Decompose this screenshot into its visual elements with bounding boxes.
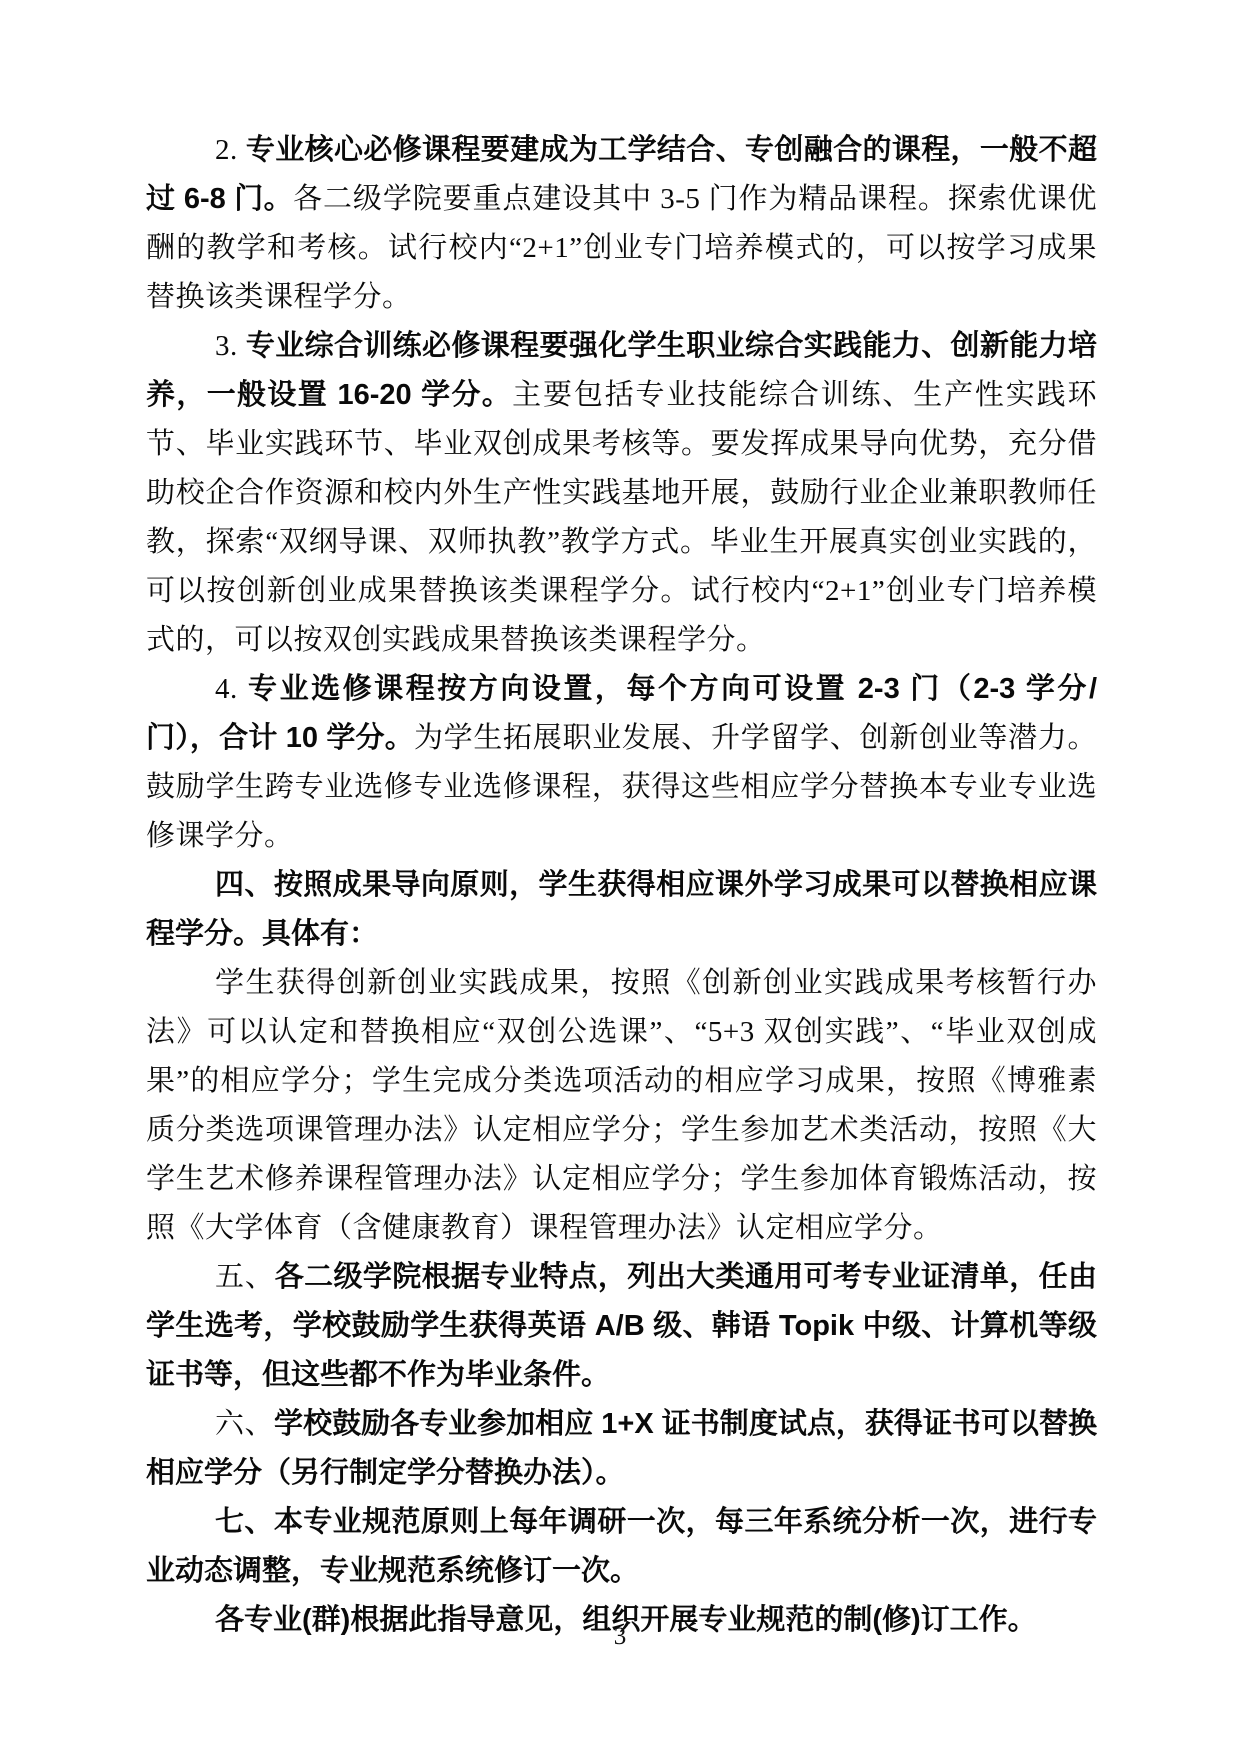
text-run: 3. <box>215 330 246 362</box>
bold-text-run: 学校鼓励各专业参加相应 1+X 证书制度试点，获得证书可以替换相应学分（另行制定… <box>146 1408 1097 1489</box>
bold-text-run: 四、按照成果导向原则，学生获得相应课外学习成果可以替换相应课程学分。具体有： <box>146 869 1097 950</box>
paragraph: 四、按照成果导向原则，学生获得相应课外学习成果可以替换相应课程学分。具体有： <box>146 861 1097 959</box>
text-run: 学生获得创新创业实践成果，按照《创新创业实践成果考核暂行办法》可以认定和替换相应… <box>146 967 1097 1244</box>
paragraph: 学生获得创新创业实践成果，按照《创新创业实践成果考核暂行办法》可以认定和替换相应… <box>146 959 1097 1253</box>
page-number: 3 <box>614 1623 627 1650</box>
paragraph: 3. 专业综合训练必修课程要强化学生职业综合实践能力、创新能力培养，一般设置 1… <box>146 322 1097 665</box>
bold-text-run: 各二级学院根据专业特点，列出大类通用可考专业证清单，任由学生选考，学校鼓励学生获… <box>146 1261 1097 1391</box>
text-run: 4. <box>215 673 248 705</box>
paragraph: 2. 专业核心必修课程要建成为工学结合、专创融合的课程，一般不超过 6-8 门。… <box>146 126 1097 322</box>
document-body: 2. 专业核心必修课程要建成为工学结合、专创融合的课程，一般不超过 6-8 门。… <box>146 126 1097 1645</box>
text-run: 六、 <box>215 1408 274 1440</box>
bold-text-run: 七、本专业规范原则上每年调研一次，每三年系统分析一次，进行专业动态调整，专业规范… <box>146 1506 1097 1587</box>
paragraph: 五、各二级学院根据专业特点，列出大类通用可考专业证清单，任由学生选考，学校鼓励学… <box>146 1253 1097 1400</box>
text-run: 五、 <box>215 1261 275 1293</box>
text-run: 主要包括专业技能综合训练、生产性实践环节、毕业实践环节、毕业双创成果考核等。要发… <box>146 379 1097 656</box>
document-page: 2. 专业核心必修课程要建成为工学结合、专创融合的课程，一般不超过 6-8 门。… <box>0 0 1240 1754</box>
page-footer: 3 <box>0 1622 1240 1652</box>
text-run: 2. <box>215 134 246 166</box>
paragraph: 六、学校鼓励各专业参加相应 1+X 证书制度试点，获得证书可以替换相应学分（另行… <box>146 1400 1097 1498</box>
paragraph: 七、本专业规范原则上每年调研一次，每三年系统分析一次，进行专业动态调整，专业规范… <box>146 1498 1097 1596</box>
paragraph: 4. 专业选修课程按方向设置，每个方向可设置 2-3 门（2-3 学分/门），合… <box>146 665 1097 861</box>
